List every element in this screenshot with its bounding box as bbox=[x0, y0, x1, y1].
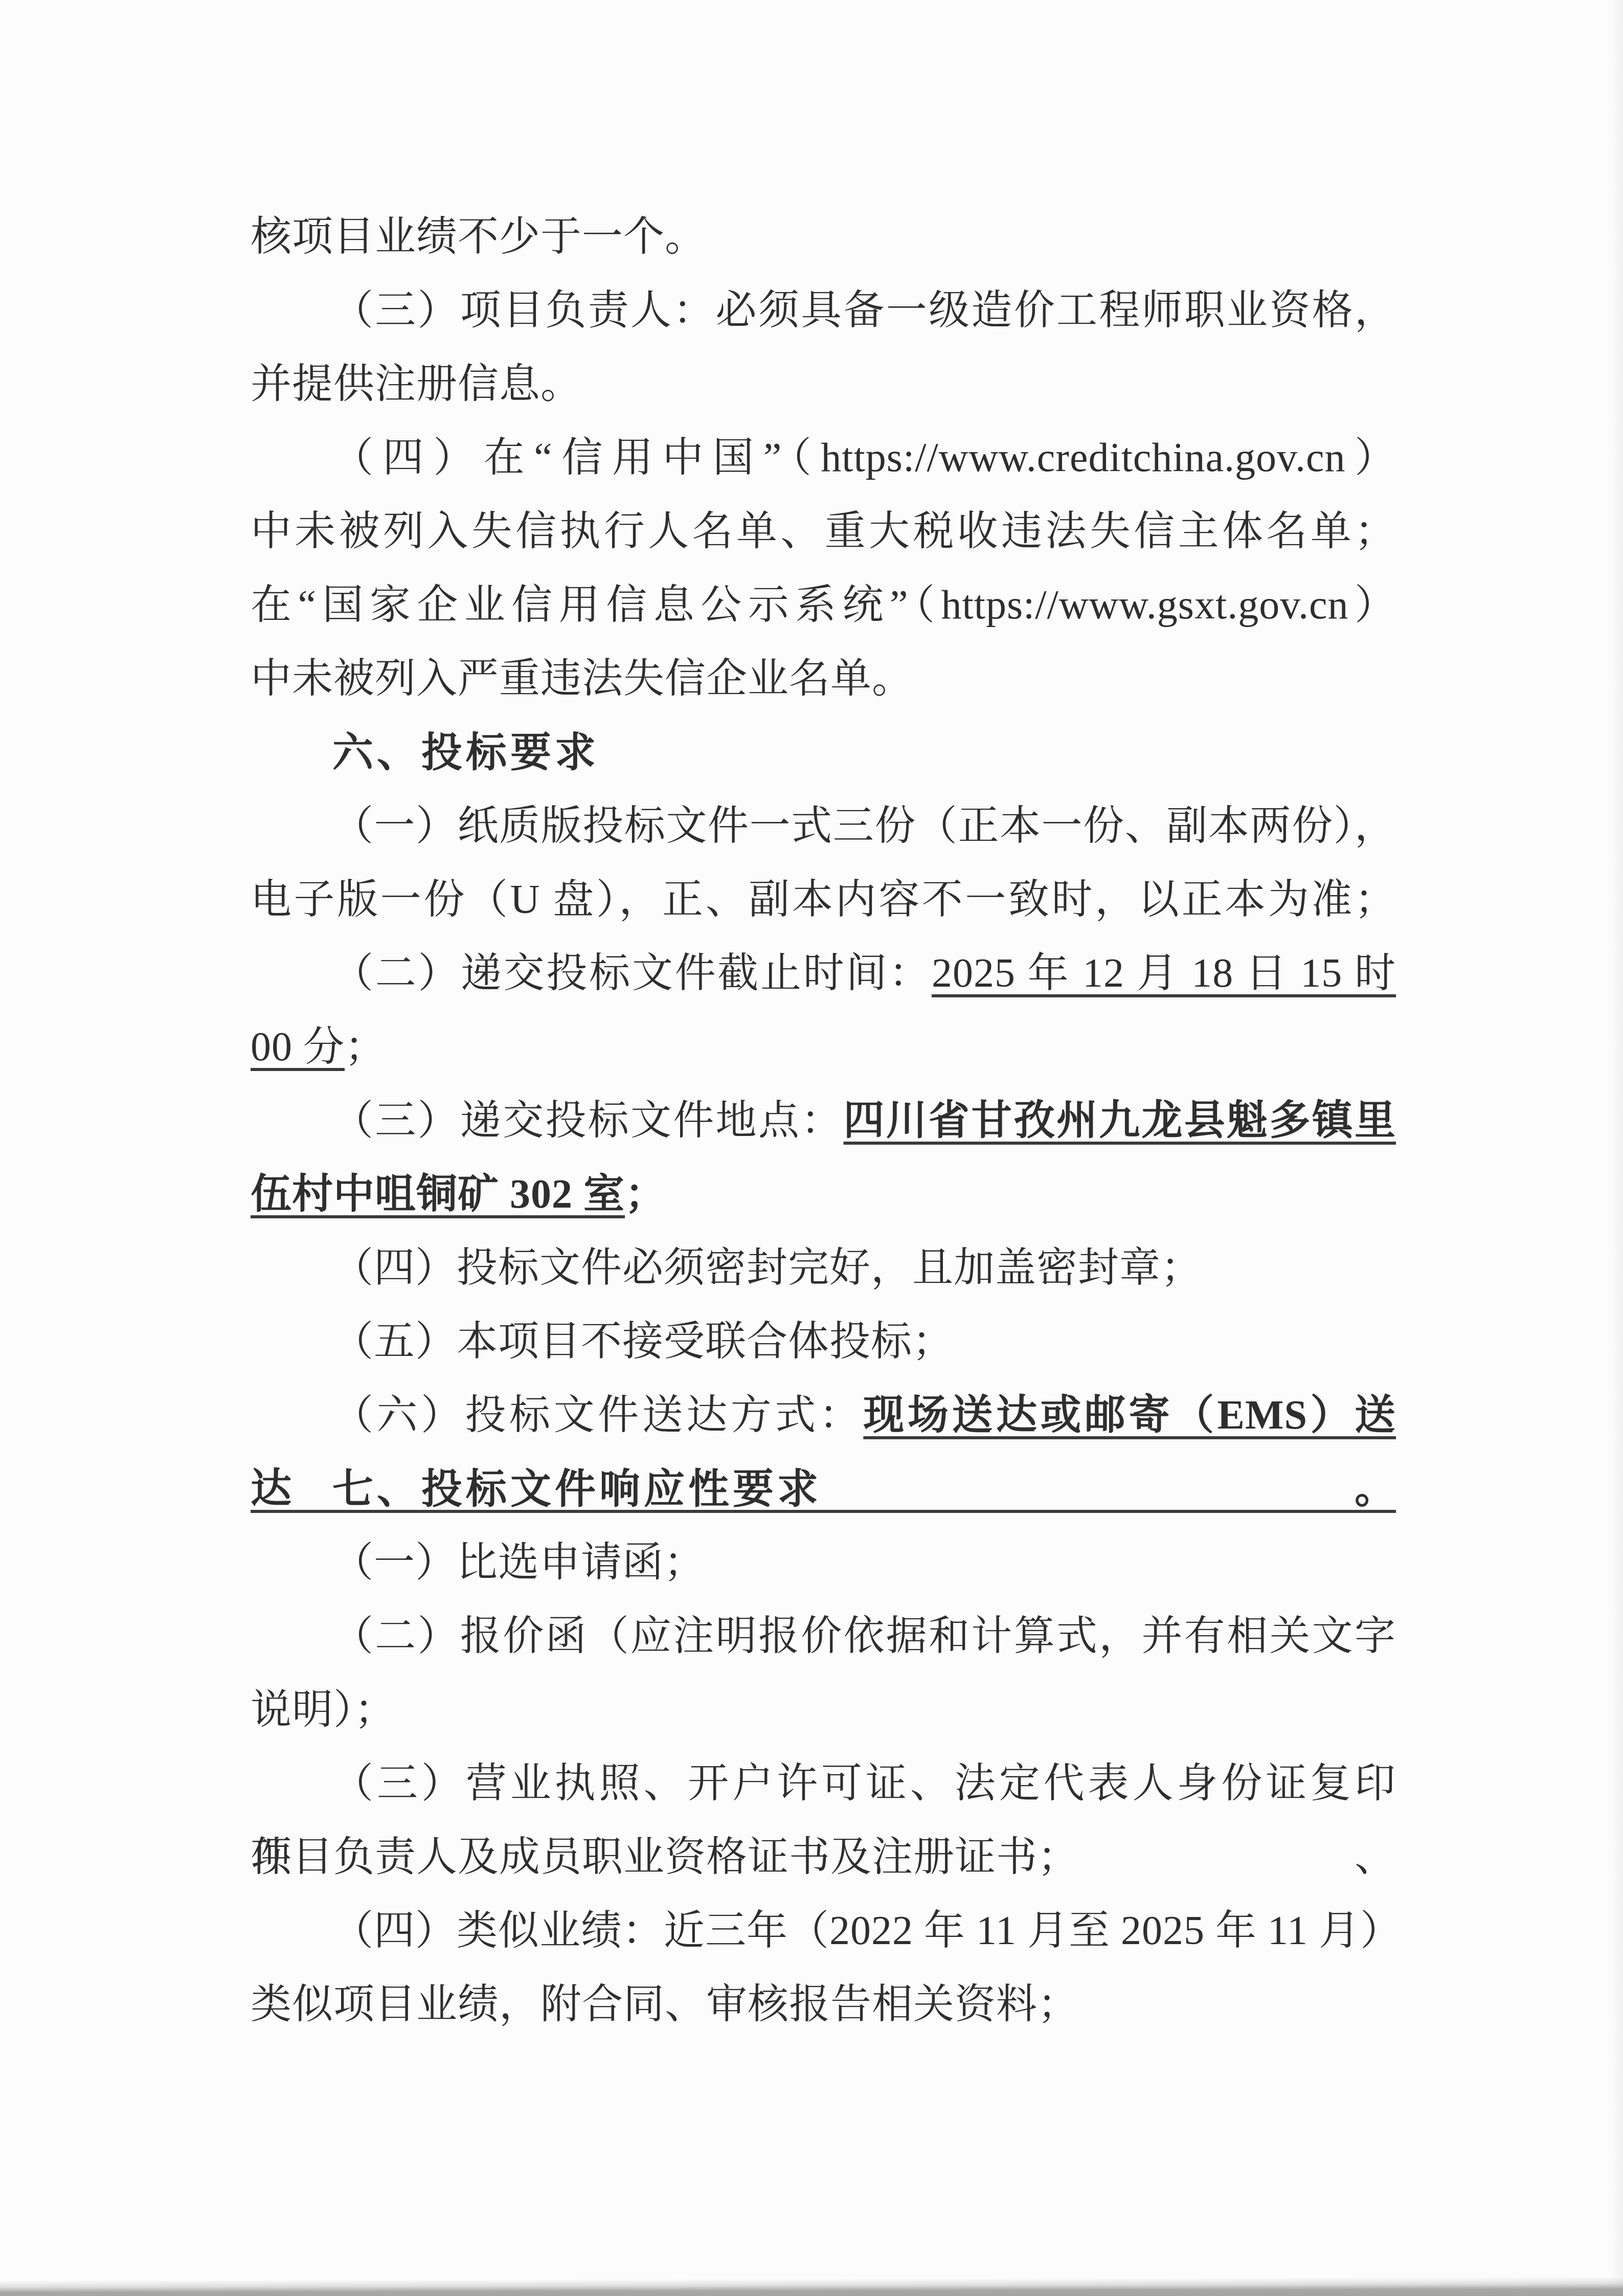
text-line: 核项目业绩不少于一个。 bbox=[251, 200, 1396, 274]
text-line: 伍村中咀铜矿 302 室； bbox=[251, 1157, 1396, 1231]
text-line: （六）投标文件送达方式：现场送达或邮寄（EMS）送达。 bbox=[251, 1378, 1396, 1452]
text-segment: ； bbox=[345, 1024, 386, 1069]
text-segment: （二）报价函（应注明报价依据和计算式，并有相关文字 bbox=[332, 1614, 1396, 1659]
text-segment: 项目负责人及成员职业资格证书及注册证书； bbox=[251, 1835, 1079, 1880]
text-line: 类似项目业绩，附合同、审核报告相关资料； bbox=[251, 1968, 1396, 2041]
scan-edge-shadow bbox=[1610, 0, 1623, 2296]
text-segment: 中未被列入严重违法失信企业名单。 bbox=[251, 656, 913, 701]
text-segment: （二）递交投标文件截止时间： bbox=[332, 951, 932, 996]
text-segment: 六、投标要求 bbox=[332, 729, 599, 775]
underlined-text: 四川省甘孜州九龙县魁多镇里 bbox=[844, 1098, 1396, 1143]
text-line: 中未被列入失信执行人名单、重大税收违法失信主体名单； bbox=[251, 495, 1396, 568]
text-line: （四）类似业绩：近三年（2022 年 11 月至 2025 年 11 月） bbox=[251, 1894, 1396, 1968]
text-segment: （一）纸质版投标文件一式三份（正本一份、副本两份）， bbox=[332, 804, 1396, 849]
text-segment: 说明）； bbox=[251, 1687, 396, 1732]
text-line: （二）递交投标文件截止时间：2025 年 12 月 18 日 15 时 bbox=[251, 937, 1396, 1010]
text-segment: （四）投标文件必须密封完好，且加盖密封章； bbox=[332, 1245, 1202, 1290]
text-line: 中未被列入严重违法失信企业名单。 bbox=[251, 642, 1396, 716]
text-segment: （四）在“信用中国”（https://www.creditchina.gov.c… bbox=[332, 435, 1396, 480]
text-line: 00 分； bbox=[251, 1010, 1396, 1084]
text-segment: 中未被列入失信执行人名单、重大税收违法失信主体名单； bbox=[251, 509, 1396, 554]
text-segment: 并提供注册信息。 bbox=[251, 362, 582, 407]
text-line: （三）递交投标文件地点：四川省甘孜州九龙县魁多镇里 bbox=[251, 1084, 1396, 1157]
text-segment: （五）本项目不接受联合体投标； bbox=[332, 1319, 954, 1364]
document-body: 核项目业绩不少于一个。（三）项目负责人：必须具备一级造价工程师职业资格，并提供注… bbox=[251, 200, 1396, 2041]
text-segment: 七、投标文件响应性要求 bbox=[332, 1466, 822, 1511]
text-segment: 电子版一份（U 盘），正、副本内容不一致时，以正本为准； bbox=[251, 877, 1396, 922]
scan-artifact-bar bbox=[0, 2277, 1623, 2296]
text-segment: （四）类似业绩：近三年（2022 年 11 月至 2025 年 11 月） bbox=[332, 1908, 1402, 1953]
text-line: 并提供注册信息。 bbox=[251, 347, 1396, 421]
text-line: 电子版一份（U 盘），正、副本内容不一致时，以正本为准； bbox=[251, 863, 1396, 937]
text-segment: 在“国家企业信用信息公示系统”（https://www.gsxt.gov.cn） bbox=[251, 583, 1396, 628]
text-segment: 类似项目业绩，附合同、审核报告相关资料； bbox=[251, 1982, 1079, 2027]
text-line: （三）营业执照、开户许可证、法定代表人身份证复印件、 bbox=[251, 1747, 1396, 1820]
underlined-text: 伍村中咀铜矿 302 室 bbox=[251, 1172, 625, 1217]
text-segment: （一）比选申请函； bbox=[332, 1540, 705, 1585]
text-segment: （三）项目负责人：必须具备一级造价工程师职业资格， bbox=[332, 288, 1396, 333]
text-line: （五）本项目不接受联合体投标； bbox=[251, 1305, 1396, 1378]
document-page: 核项目业绩不少于一个。（三）项目负责人：必须具备一级造价工程师职业资格，并提供注… bbox=[0, 0, 1623, 2296]
text-segment: （三）递交投标文件地点： bbox=[332, 1098, 844, 1143]
text-segment: ； bbox=[625, 1172, 666, 1217]
text-line: （四）在“信用中国”（https://www.creditchina.gov.c… bbox=[251, 421, 1396, 495]
section-heading: 六、投标要求 bbox=[251, 716, 1396, 789]
text-line: 在“国家企业信用信息公示系统”（https://www.gsxt.gov.cn） bbox=[251, 568, 1396, 642]
text-line: 说明）； bbox=[251, 1673, 1396, 1747]
underlined-text: 00 分 bbox=[251, 1024, 345, 1069]
text-line: （二）报价函（应注明报价依据和计算式，并有相关文字 bbox=[251, 1599, 1396, 1673]
underlined-text: 2025 年 12 月 18 日 15 时 bbox=[932, 951, 1396, 996]
text-line: （一）比选申请函； bbox=[251, 1526, 1396, 1599]
text-segment: 核项目业绩不少于一个。 bbox=[251, 214, 706, 259]
text-line: （三）项目负责人：必须具备一级造价工程师职业资格， bbox=[251, 274, 1396, 347]
text-segment: （六）投标文件送达方式： bbox=[332, 1393, 863, 1438]
text-line: （一）纸质版投标文件一式三份（正本一份、副本两份）， bbox=[251, 789, 1396, 863]
text-line: （四）投标文件必须密封完好，且加盖密封章； bbox=[251, 1231, 1396, 1305]
